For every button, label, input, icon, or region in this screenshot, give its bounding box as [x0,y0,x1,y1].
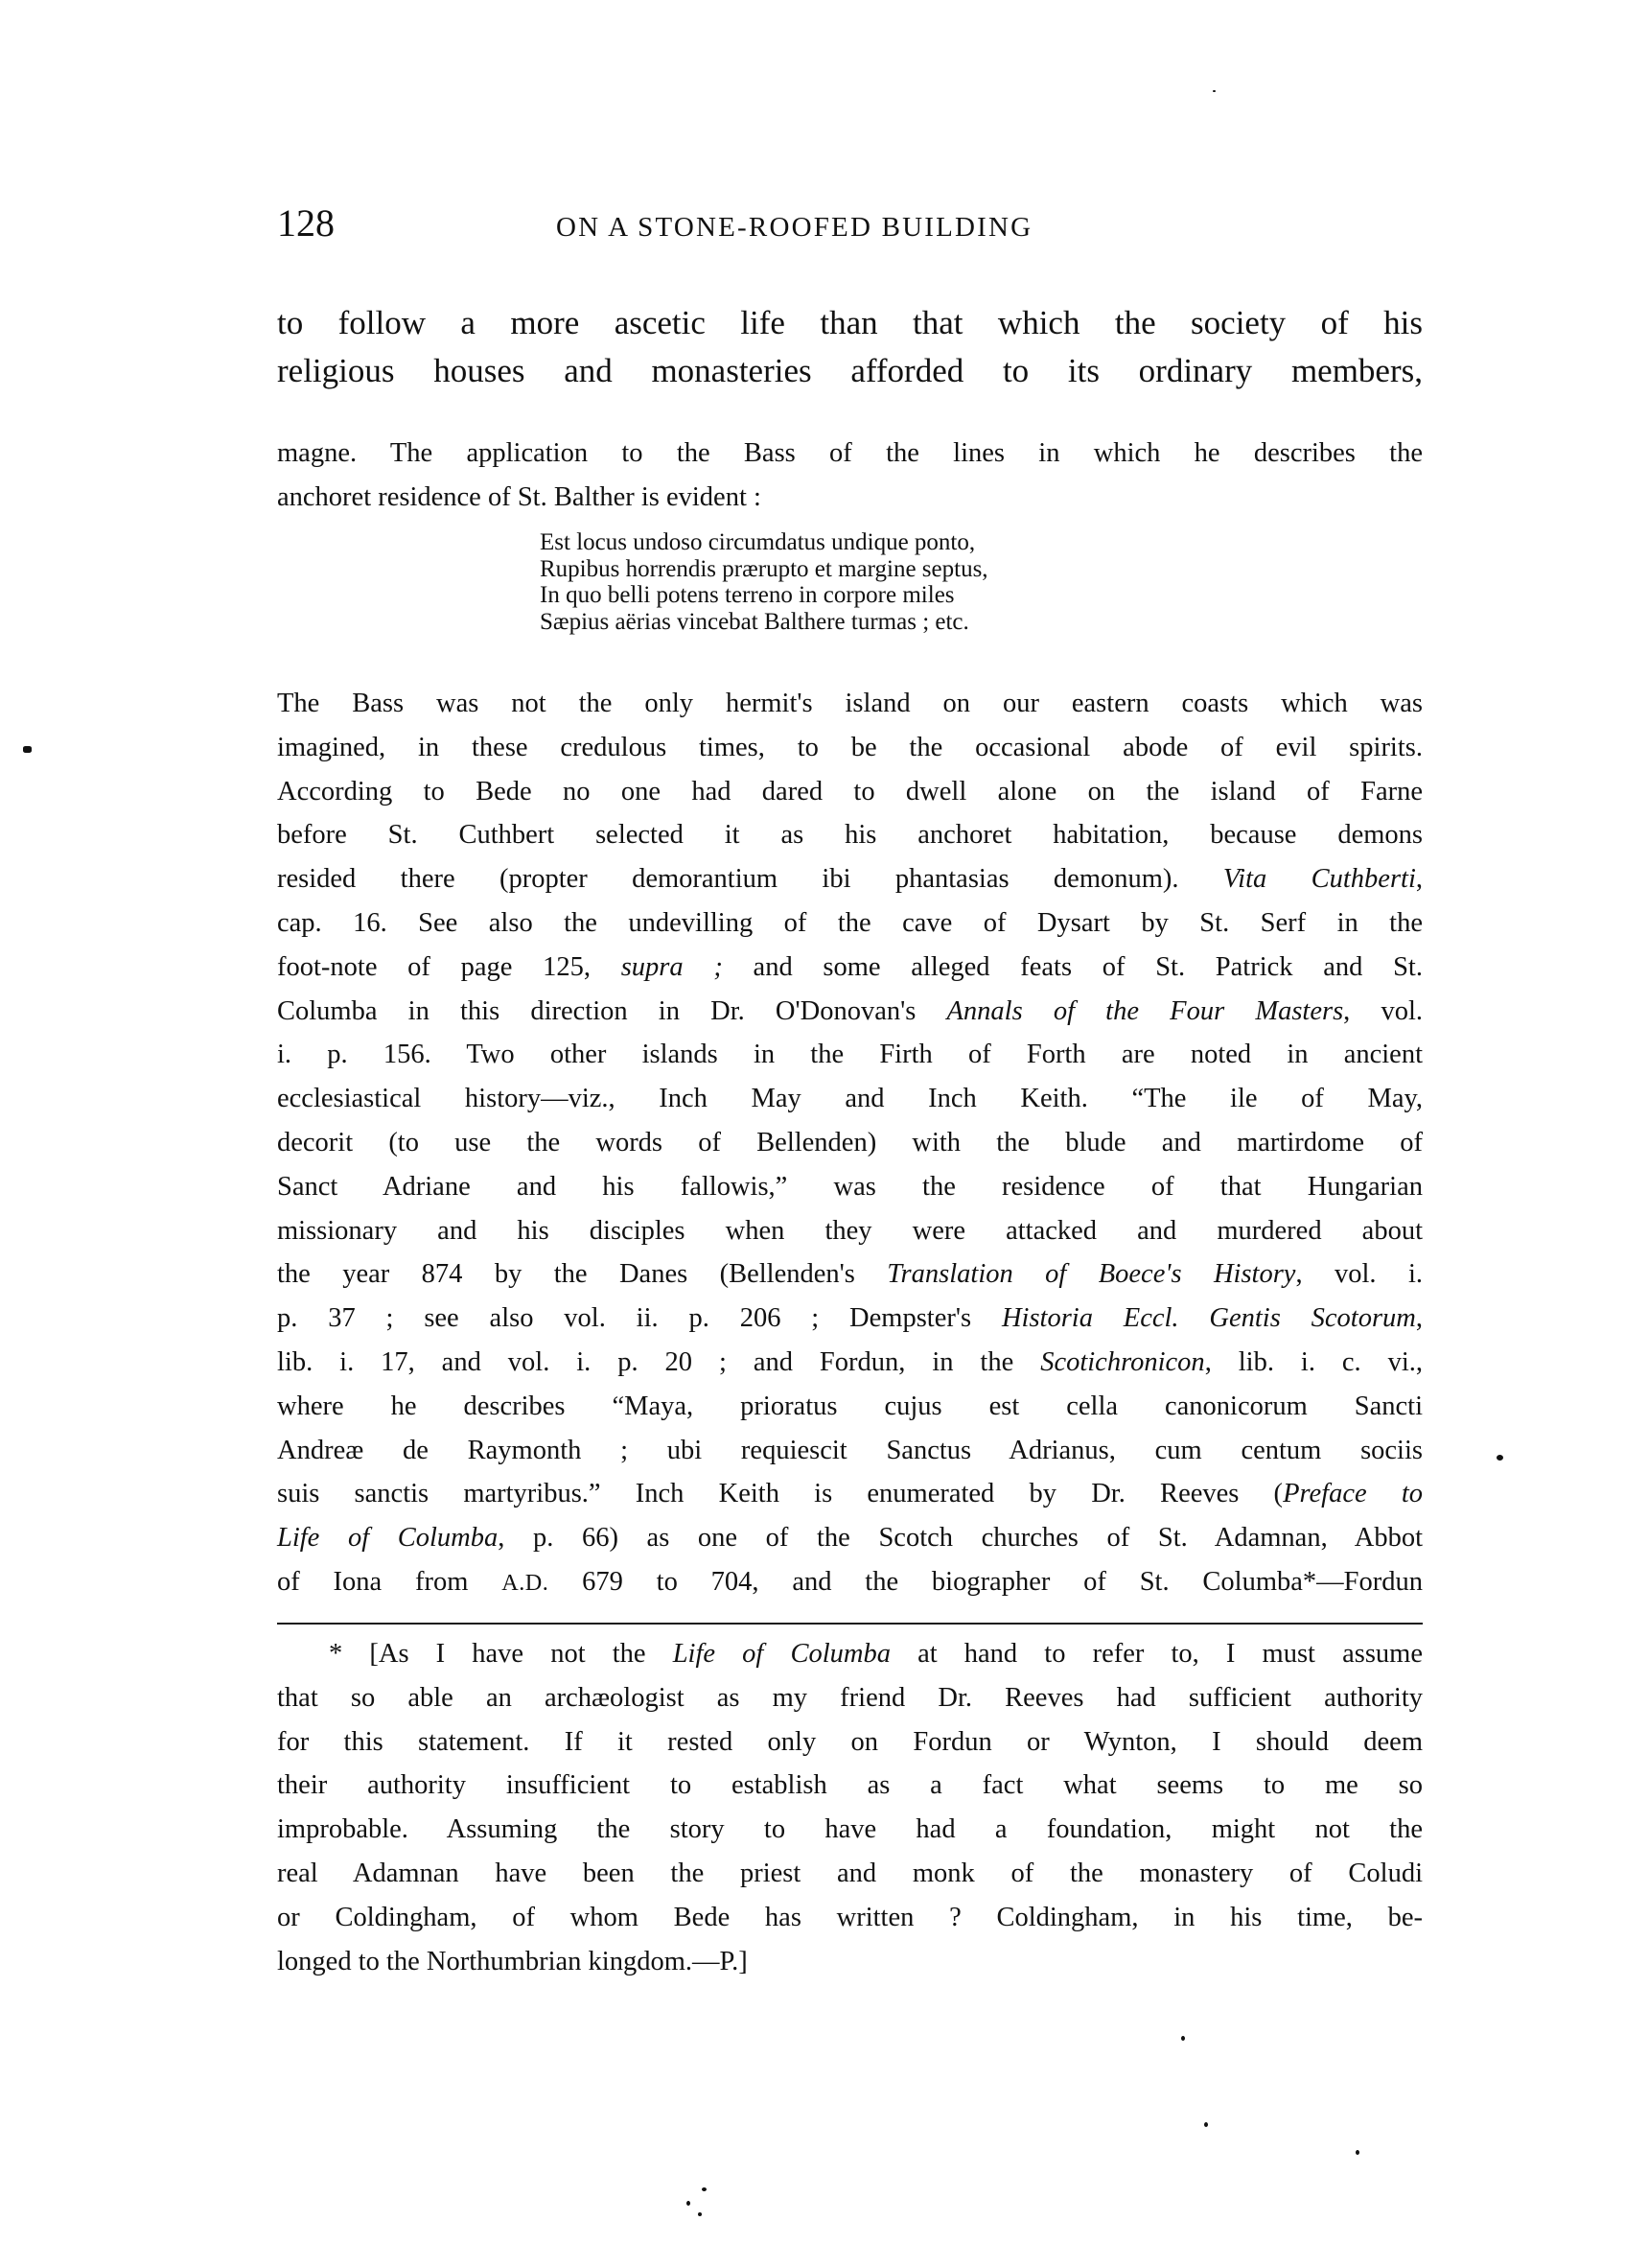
text-line: lib. i. 17, and vol. i. p. 20 ; and Ford… [277,1341,1423,1385]
text-run: improbable. Assuming the story to have h… [277,1814,1423,1844]
text-run: * [As I have not the [329,1639,673,1669]
text-line: According to Bede no one had dared to dw… [277,770,1423,814]
text-line: longed to the Northumbrian kingdom.—P.] [277,1940,1423,1984]
text-run: i. p. 156. Two other islands in the Firt… [277,1040,1423,1069]
scan-speck [23,746,32,753]
text-run: , p. 66) as one of the Scotch churches o… [498,1523,1423,1553]
scan-speck [1213,90,1216,92]
note-paragraph: The Bass was not the only hermit's islan… [277,682,1423,1604]
text-run: imagined, in these credulous times, to b… [277,733,1423,762]
text-line: that so able an archæologist as my frien… [277,1676,1423,1720]
text-run: , [1416,864,1423,894]
text-run: and some alleged feats of St. Patrick an… [723,952,1423,982]
text-run: for this statement. If it rested only on… [277,1727,1423,1757]
text-line: The Bass was not the only hermit's islan… [277,682,1423,726]
text-run: or Coldingham, of whom Bede has written … [277,1903,1423,1932]
text-run: , [1416,1303,1423,1333]
scan-speck [686,2201,690,2206]
text-run: ecclesiastical history—viz., Inch May an… [277,1084,1423,1113]
text-line: before St. Cuthbert selected it as his a… [277,813,1423,857]
text-line: improbable. Assuming the story to have h… [277,1808,1423,1852]
running-head: 128 ON A STONE-ROOFED BUILDING [277,199,1423,247]
text-run: the year 874 by the Danes (Bellenden's [277,1259,887,1289]
text-line: * [As I have not the Life of Columba at … [277,1632,1423,1676]
page-number: 128 [277,199,335,247]
footnote: * [As I have not the Life of Columba at … [277,1632,1423,1983]
text-run: , lib. i. c. vi., [1205,1347,1423,1377]
text-line: Andreæ de Raymonth ; ubi requiescit Sanc… [277,1429,1423,1473]
text-run: of Iona from [277,1567,501,1597]
text-line: ecclesiastical history—viz., Inch May an… [277,1077,1423,1121]
italic-title: Scotichronicon [1040,1347,1205,1377]
text-run: where he describes “Maya, prioratus cuju… [277,1391,1423,1421]
text-line: for this statement. If it rested only on… [277,1720,1423,1765]
text-line: to follow a more ascetic life than that … [277,299,1423,347]
small-caps-text: A.D. [501,1570,548,1596]
text-run: foot-note of page 125, [277,952,621,982]
text-line: magne. The application to the Bass of th… [277,432,1423,476]
verse-line: Rupibus horrendis prærupto et margine se… [540,556,988,583]
text-run: decorit (to use the words of Bellenden) … [277,1128,1423,1157]
italic-title: Preface to [1283,1479,1423,1508]
text-run: before St. Cuthbert selected it as his a… [277,820,1423,850]
italic-title: Historia Eccl. Gentis Scotorum [1002,1303,1416,1333]
text-line: imagined, in these credulous times, to b… [277,726,1423,770]
text-run: their authority insufficient to establis… [277,1770,1423,1800]
text-run: 679 to 704, and the biographer of St. Co… [548,1567,1423,1597]
text-run: cap. 16. See also the undevilling of the… [277,908,1423,938]
text-run: missionary and his disciples when they w… [277,1216,1423,1246]
text-run: lib. i. 17, and vol. i. p. 20 ; and Ford… [277,1347,1040,1377]
text-run: Andreæ de Raymonth ; ubi requiescit Sanc… [277,1436,1423,1465]
text-run: suis sanctis martyribus.” Inch Keith is … [277,1479,1283,1508]
text-run: , vol. i. [1295,1259,1423,1289]
text-line: their authority insufficient to establis… [277,1764,1423,1808]
italic-title: Annals of the Four Masters [947,996,1344,1026]
scan-speck [1204,2122,1208,2127]
italic-title: Life of Columba [673,1639,891,1669]
text-line: Life of Columba, p. 66) as one of the Sc… [277,1516,1423,1560]
text-run: at hand to refer to, I must assume [891,1639,1423,1669]
text-line: Columba in this direction in Dr. O'Donov… [277,990,1423,1034]
scan-speck [1356,2150,1359,2155]
text-run: According to Bede no one had dared to dw… [277,777,1423,807]
verse-quotation: Est locus undoso circumdatus undique pon… [540,529,988,636]
text-line: real Adamnan have been the priest and mo… [277,1852,1423,1896]
scan-speck [698,2212,702,2216]
scan-speck [702,2187,707,2191]
italic-title: Vita Cuthberti [1223,864,1416,894]
scan-speck [1181,2036,1185,2041]
scan-speck [1497,1455,1503,1461]
text-line: the year 874 by the Danes (Bellenden's T… [277,1252,1423,1297]
running-title: ON A STONE-ROOFED BUILDING [556,203,1033,251]
text-run: Sanct Adriane and his fallowis,” was the… [277,1172,1423,1202]
verse-line: In quo belli potens terreno in corpore m… [540,582,988,609]
text-run: The Bass was not the only hermit's islan… [277,689,1423,718]
text-run: longed to the Northumbrian kingdom.—P.] [277,1947,748,1976]
footnote-rule [277,1623,1423,1625]
text-line: cap. 16. See also the undevilling of the… [277,901,1423,946]
text-run: real Adamnan have been the priest and mo… [277,1859,1423,1888]
text-line: religious houses and monasteries afforde… [277,347,1423,395]
note-intro: magne. The application to the Bass of th… [277,432,1423,520]
text-line: p. 37 ; see also vol. ii. p. 206 ; Demps… [277,1297,1423,1341]
text-line: where he describes “Maya, prioratus cuju… [277,1385,1423,1429]
verse-line: Sæpius aërias vincebat Balthere turmas ;… [540,609,988,636]
text-run: resided there (propter demorantium ibi p… [277,864,1223,894]
text-line: or Coldingham, of whom Bede has written … [277,1896,1423,1940]
text-line: i. p. 156. Two other islands in the Firt… [277,1033,1423,1077]
text-line: Sanct Adriane and his fallowis,” was the… [277,1165,1423,1209]
text-line: of Iona from A.D. 679 to 704, and the bi… [277,1560,1423,1604]
italic-title: supra ; [621,952,723,982]
text-line: missionary and his disciples when they w… [277,1209,1423,1253]
text-line: anchoret residence of St. Balther is evi… [277,476,1423,520]
text-line: resided there (propter demorantium ibi p… [277,857,1423,901]
verse-line: Est locus undoso circumdatus undique pon… [540,529,988,556]
text-line: foot-note of page 125, supra ; and some … [277,946,1423,990]
text-line: decorit (to use the words of Bellenden) … [277,1121,1423,1165]
italic-title: Life of Columba [277,1523,498,1553]
text-run: Columba in this direction in Dr. O'Donov… [277,996,947,1026]
italic-title: Translation of Boece's History [887,1259,1295,1289]
text-line: suis sanctis martyribus.” Inch Keith is … [277,1472,1423,1516]
text-run: p. 37 ; see also vol. ii. p. 206 ; Demps… [277,1303,1002,1333]
body-text-continuation: to follow a more ascetic life than that … [277,299,1423,395]
text-run: , vol. [1343,996,1423,1026]
text-run: that so able an archæologist as my frien… [277,1683,1423,1713]
